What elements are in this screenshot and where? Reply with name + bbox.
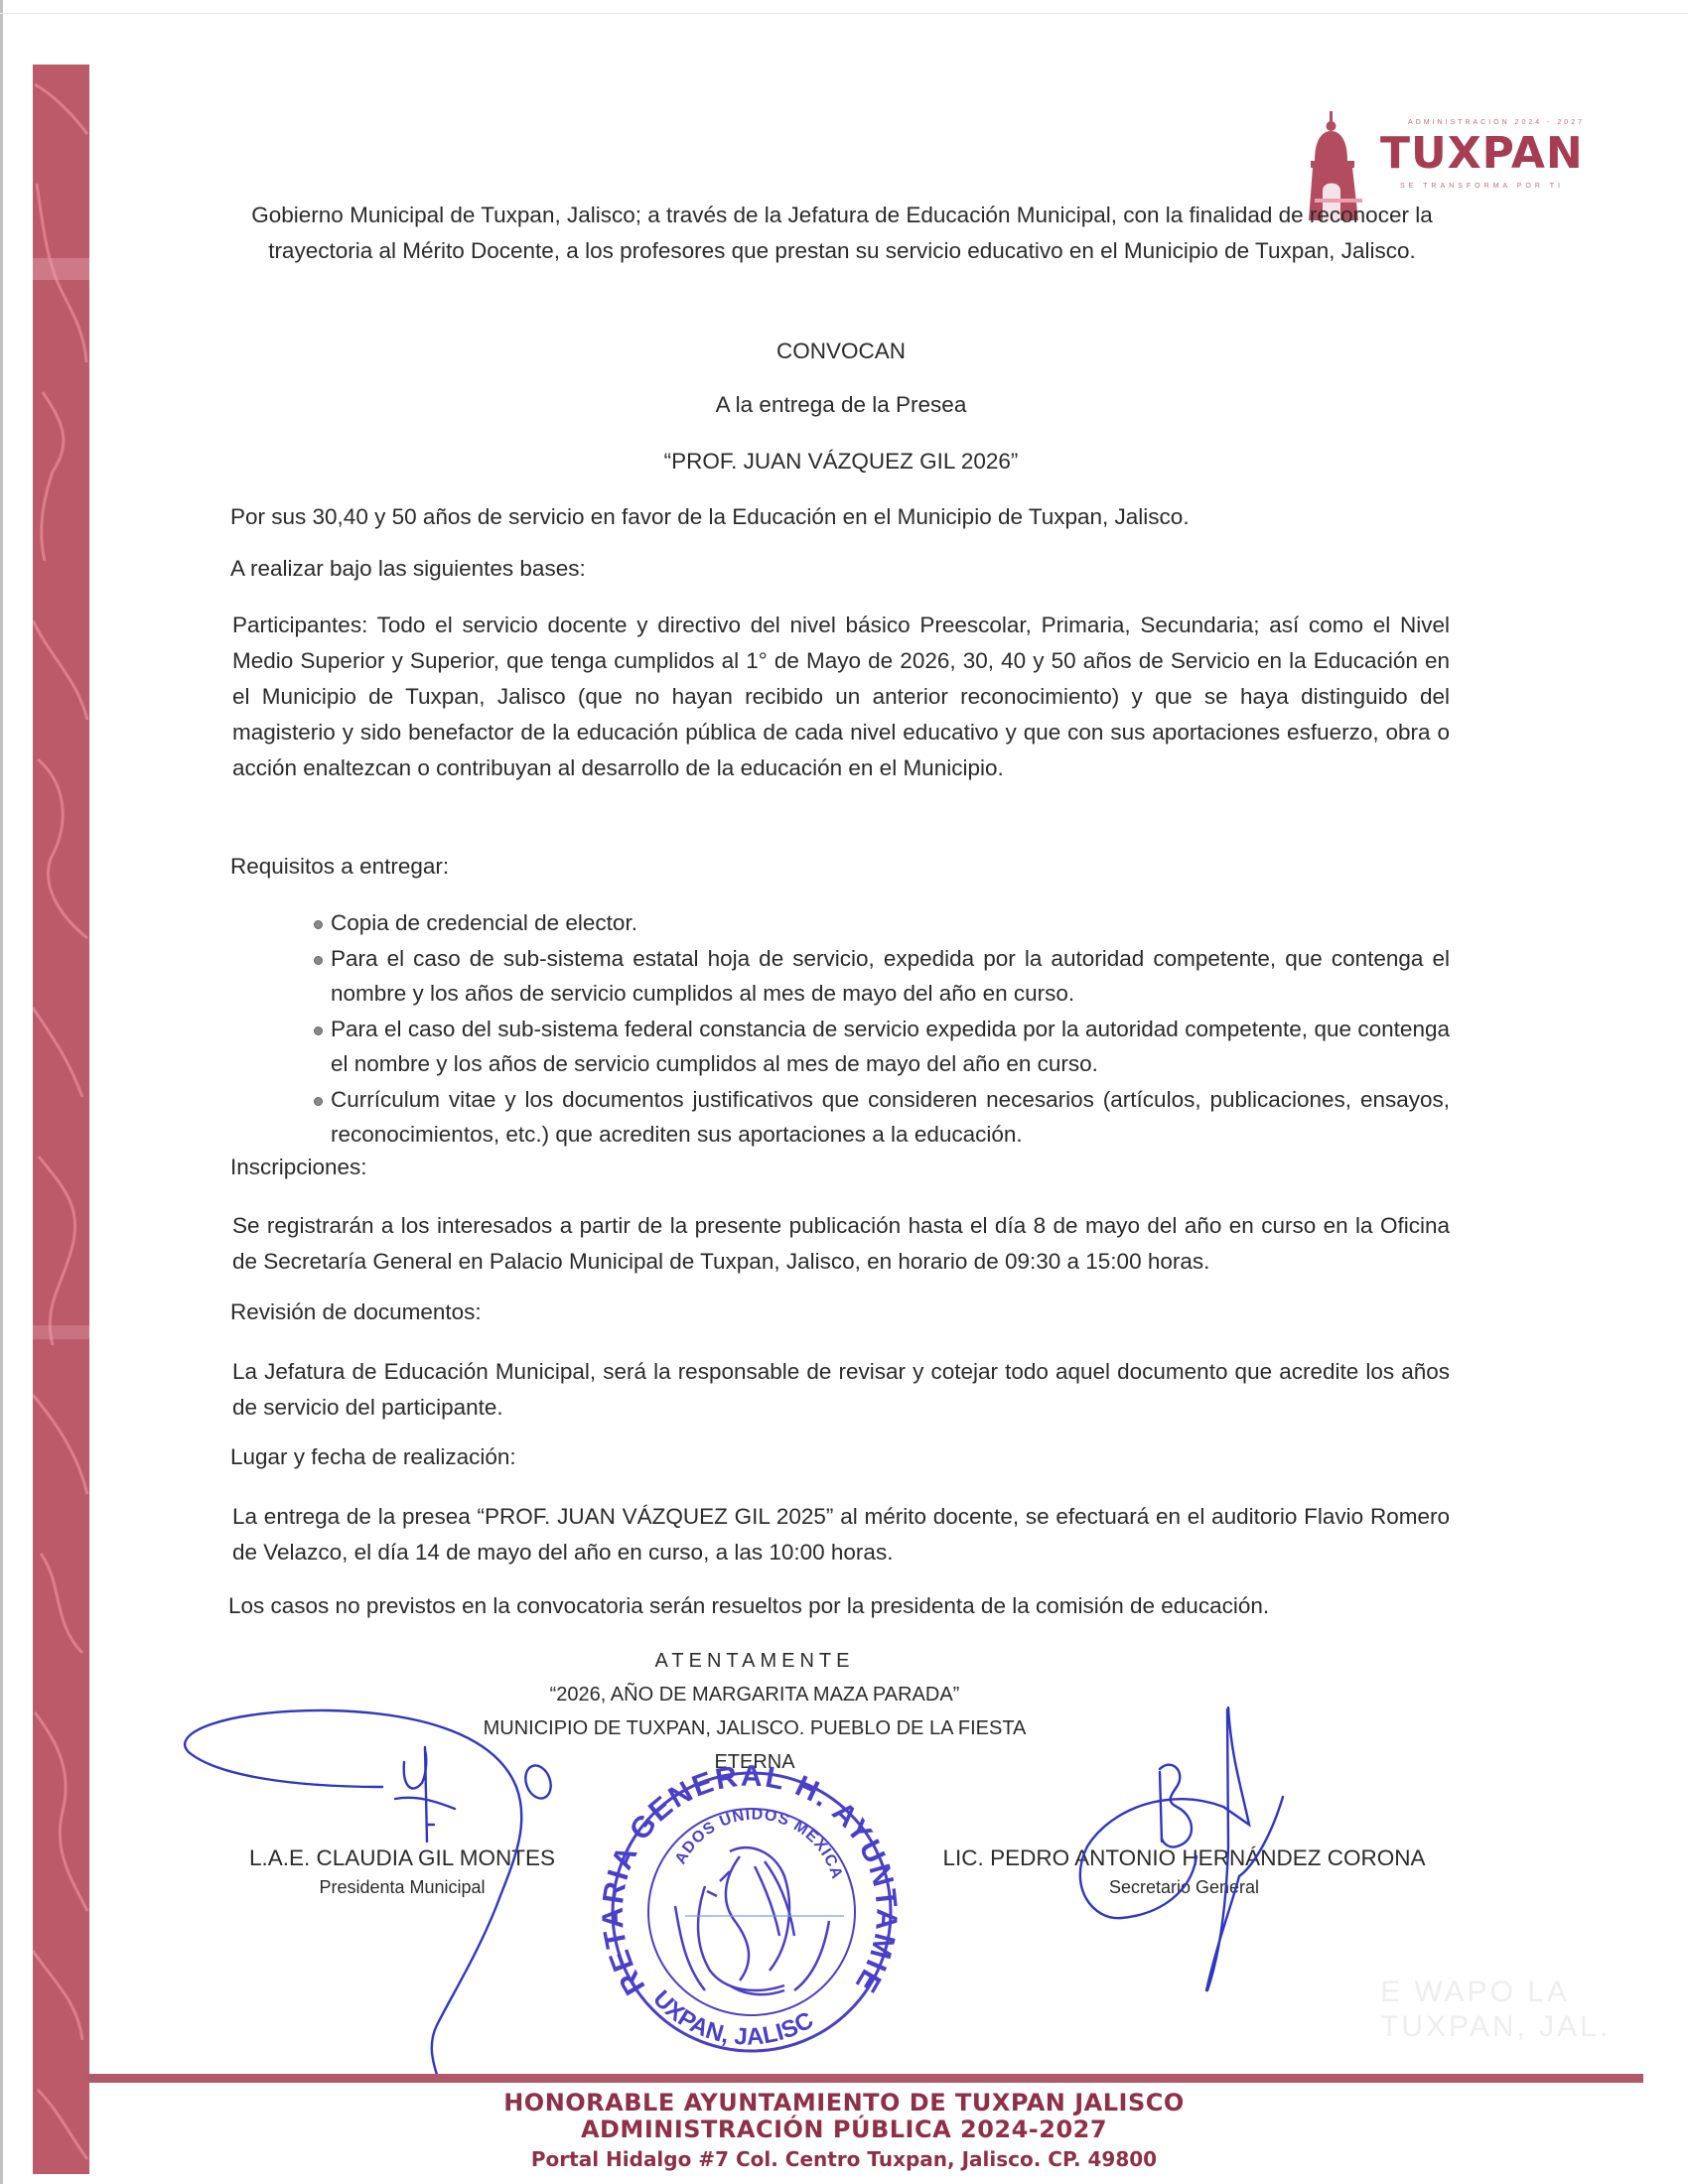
footer-divider [87,2074,1643,2083]
footer-administration: ADMINISTRACIÓN PÚBLICA 2024-2027 [0,2116,1688,2143]
requisitos-list: Copia de credencial de elector. Para el … [311,905,1450,1153]
inscripciones-heading: Inscripciones: [230,1150,367,1185]
signer-name: L.A.E. CLAUDIA GIL MONTES [199,1843,606,1873]
list-item: Copia de credencial de elector. [311,905,1450,941]
atentamente-label: ATENTAMENTE [457,1644,1053,1678]
bullet-icon [314,920,323,929]
logo-admin-line: ADMINISTRACIÓN 2024 - 2027 [1408,119,1585,126]
purpose-text: Por sus 30,40 y 50 años de servicio en f… [230,499,1190,535]
signer-role: Presidenta Municipal [199,1873,606,1901]
logo-name: TUXPAN [1380,129,1584,179]
decorative-side-stripe [33,65,89,2174]
logo-tagline: SE TRANSFORMA POR TI [1400,183,1564,190]
convocan-heading: CONVOCAN [232,334,1450,369]
footer-address: Portal Hidalgo #7 Col. Centro Tuxpan, Ja… [0,2147,1688,2171]
signer-secretario: LIC. PEDRO ANTONIO HERNÁNDEZ CORONA Secr… [928,1843,1440,1901]
revision-text: La Jefatura de Educación Municipal, será… [232,1354,1450,1426]
inscripciones-text: Se registrarán a los interesados a parti… [232,1208,1450,1280]
lugar-text: La entrega de la presea “PROF. JUAN VÁZQ… [232,1499,1450,1570]
scan-top-edge [0,13,1688,14]
award-title: “PROF. JUAN VÁZQUEZ GIL 2026” [232,444,1450,479]
participantes-paragraph: Participantes: Todo el servicio docente … [232,608,1450,786]
motto-town: MUNICIPIO DE TUXPAN, JALISCO. PUEBLO DE … [457,1711,1053,1779]
ghost-stamp-line-1: E WAPO LA [1380,1976,1570,2009]
motto-year: “2026, AÑO DE MARGARITA MAZA PARADA” [457,1678,1053,1711]
presea-subheading: A la entrega de la Presea [232,387,1450,423]
footer-institution: HONORABLE AYUNTAMIENTO DE TUXPAN JALISCO [0,2089,1688,2116]
bullet-icon [314,956,323,965]
list-item: Para el caso del sub-sistema federal con… [311,1012,1450,1082]
bases-intro: A realizar bajo las siguientes bases: [230,551,586,587]
list-item: Currículum vitae y los documentos justif… [311,1082,1450,1153]
signer-role: Secretario General [928,1873,1440,1901]
list-item: Para el caso de sub-sistema estatal hoja… [311,941,1450,1012]
intro-paragraph: Gobierno Municipal de Tuxpan, Jalisco; a… [226,198,1458,269]
signer-name: LIC. PEDRO ANTONIO HERNÁNDEZ CORONA [928,1843,1440,1873]
revision-heading: Revisión de documentos: [230,1295,482,1330]
bullet-icon [314,1026,323,1035]
lugar-heading: Lugar y fecha de realización: [230,1439,516,1475]
bullet-icon [314,1097,323,1106]
casos-text: Los casos no previstos en la convocatori… [228,1588,1269,1624]
scan-edge [0,0,3,2184]
requisitos-heading: Requisitos a entregar: [230,849,449,885]
closing-block: ATENTAMENTE “2026, AÑO DE MARGARITA MAZA… [457,1644,1053,1779]
eagle-emblem-icon [675,1847,829,1994]
ghost-stamp-line-2: TUXPAN, JAL. [1380,2010,1611,2044]
signer-presidenta: L.A.E. CLAUDIA GIL MONTES Presidenta Mun… [199,1843,606,1901]
